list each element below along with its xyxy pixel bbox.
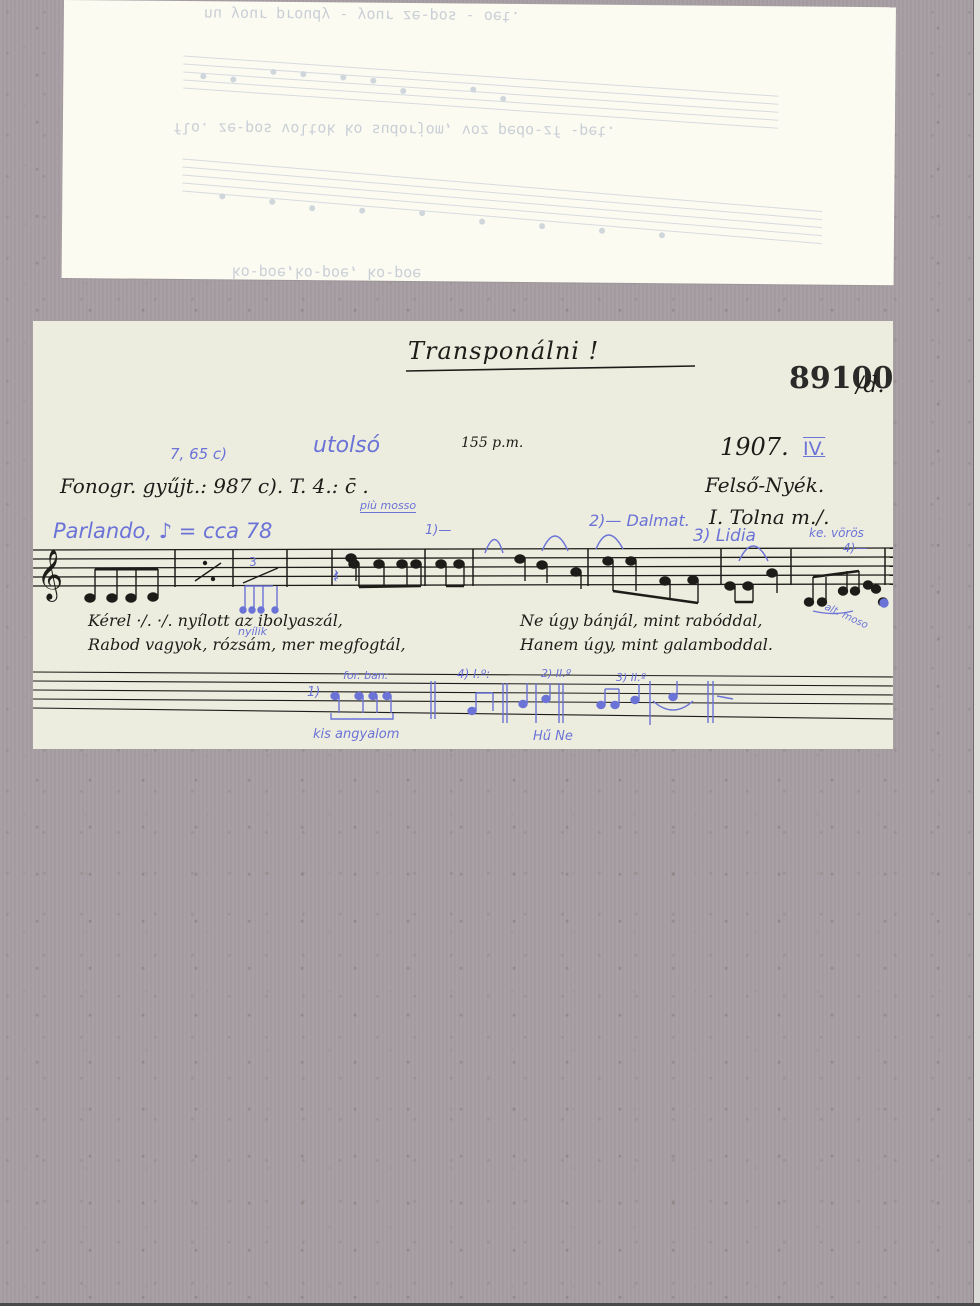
catalog-suffix: /d. [856,373,885,398]
year: 1907. [720,433,789,461]
variant-mark-3: 3) Lidia [693,526,756,546]
lyric-line-1-right: Ne úgy bánjál, mint rabóddal, [520,611,763,630]
svg-text:3: 3 [249,555,257,569]
variant-label-3: 3) II.º [616,671,646,684]
variant-label-4: 4) I.º: [457,667,490,681]
ghost-staff-svg [62,0,896,285]
variant-label-1-under: kis angyalom [313,727,399,742]
time-note: 155 p.m. [461,435,523,451]
variant-label-1-over: for. ban: [343,669,389,682]
lyric-line-2-left: Rabod vagyok, rózsám, mer megfogtál, [88,635,406,654]
cylinder-note: 7, 65 c) [170,445,227,463]
month: IV. [803,438,825,460]
variant-under-mark: Hű Ne [533,729,573,744]
variant-mark-2: 2)— Dalmat. [589,511,690,530]
svg-text:𝄽: 𝄽 [333,564,339,588]
variant-label-2: 2) II.º [541,667,571,680]
ghost-lyric-3: ko-poe,ko-poe, ko-poe [232,263,422,283]
variant-label-1: 1) [307,685,320,700]
lyric-line-2-right: Hanem úgy, mint galamboddal. [520,635,773,654]
variant-mark-3-extra: ke. vörös [809,526,864,540]
variant-mark-1: 1)— [425,523,451,538]
instruction-title: Transponálni ! [408,337,599,365]
place: Felső-Nyék. [705,473,824,497]
tempo-marking: Parlando, ♪ = cca 78 [53,519,272,543]
ghost-lyric-1: nu your proudy - your ze-pos - oet. [204,5,520,26]
piu-mosso-annotation: più mosso [360,499,416,513]
photocopy-strip: nu your proudy - your ze-pos - oet. flo.… [62,0,896,285]
scanner-edge-right [973,0,980,1306]
lyric-line-1-left: Kérel ·/. ·/. nyílott az ibolyaszál, [88,611,343,630]
collection-ref: Fonogr. gyűjt.: 987 c). T. 4.: c̄ . [60,474,369,498]
svg-text:𝄞: 𝄞 [37,549,63,602]
variant-mark-4: 4)— [843,541,867,555]
transcription-card: 𝄞 [33,321,893,749]
ghost-lyric-2: flo. ze-pos voltok ko sudorjom, voz pedo… [173,119,616,141]
last-note: utolsó [313,433,380,458]
